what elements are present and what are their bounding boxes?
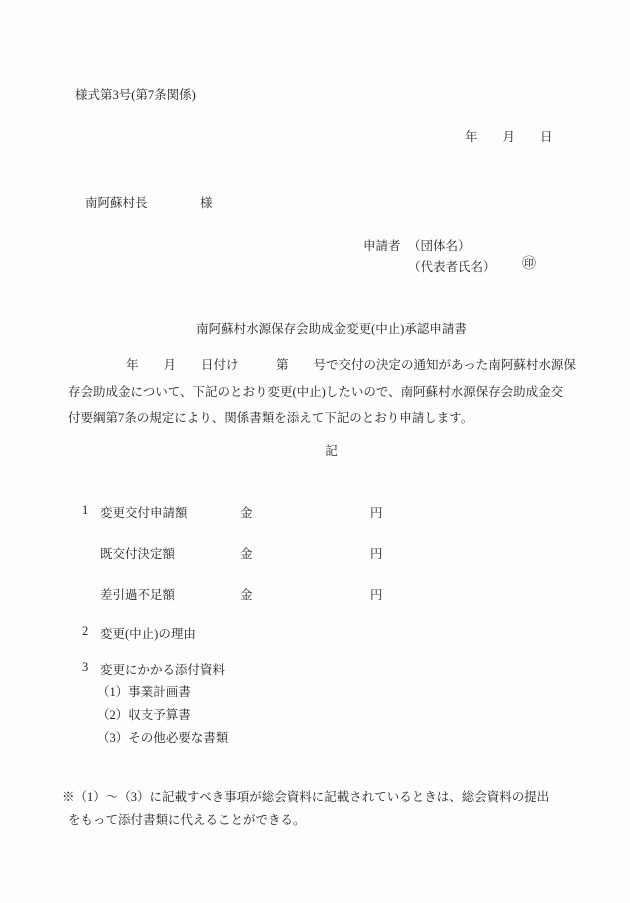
item-number: 3 [82, 660, 88, 675]
addressee-name: 南阿蘇村長 [85, 196, 148, 211]
note-line-1: ※（1）～（3）に記載すべき事項が総会資料に記載されているときは、総会資料の提出 [62, 790, 549, 805]
ki-marker: 記 [68, 444, 595, 459]
item-2-reason: 2 変更(中止)の理由 [68, 624, 548, 640]
applicant-org-field: （団体名） [408, 239, 471, 254]
currency-label: 金 [240, 544, 253, 562]
row-label: 変更交付申請額 [100, 503, 188, 521]
applicant-rep-field: （代表者氏名） [408, 260, 496, 275]
document-page: 様式第3号(第7条関係) 年 月 日 南阿蘇村長 様 申請者 （団体名） （代表… [0, 0, 630, 903]
row-label: 既交付決定額 [100, 544, 175, 562]
date-line: 年 月 日 [465, 130, 553, 145]
body-line-3: 付要綱第7条の規定により、関係書類を添えて下記のとおり申請します。 [68, 405, 588, 432]
row-number: 1 [82, 503, 88, 518]
attachment-item-3: （3）その他必要な書類 [97, 731, 228, 746]
amount-row-difference: 差引過不足額 金 円 [68, 585, 548, 601]
form-number: 様式第3号(第7条関係) [75, 88, 196, 103]
currency-label: 金 [240, 585, 253, 603]
unit-label: 円 [370, 503, 383, 521]
document-title: 南阿蘇村水源保存会助成金変更(中止)承認申請書 [68, 322, 595, 337]
addressee-honorific: 様 [200, 196, 213, 211]
body-line-2: 存会助成金について、下記のとおり変更(中止)したいので、南阿蘇村水源保存会助成金… [68, 379, 588, 406]
note-line-2: をもって添付書類に代えることができる。 [62, 813, 306, 828]
amount-row-change-application: 1 変更交付申請額 金 円 [68, 503, 548, 519]
body-paragraph: 年 月 日付け 第 号で交付の決定の通知があった南阿蘇村水源保 存会助成金につい… [68, 352, 588, 432]
unit-label: 円 [370, 544, 383, 562]
currency-label: 金 [240, 503, 253, 521]
row-label: 差引過不足額 [100, 585, 175, 603]
item-label: 変更にかかる添付資料 [100, 660, 225, 678]
item-label: 変更(中止)の理由 [100, 624, 196, 642]
body-line-1: 年 月 日付け 第 号で交付の決定の通知があった南阿蘇村水源保 [68, 352, 588, 379]
item-number: 2 [82, 624, 88, 639]
amount-row-decided: 既交付決定額 金 円 [68, 544, 548, 560]
seal-mark-icon: ㊞ [522, 257, 536, 274]
applicant-label: 申請者 [363, 239, 401, 254]
attachment-item-1: （1）事業計画書 [97, 685, 191, 700]
item-3-attachments: 3 変更にかかる添付資料 [68, 660, 548, 676]
unit-label: 円 [370, 585, 383, 603]
attachment-item-2: （2）収支予算書 [97, 708, 191, 723]
